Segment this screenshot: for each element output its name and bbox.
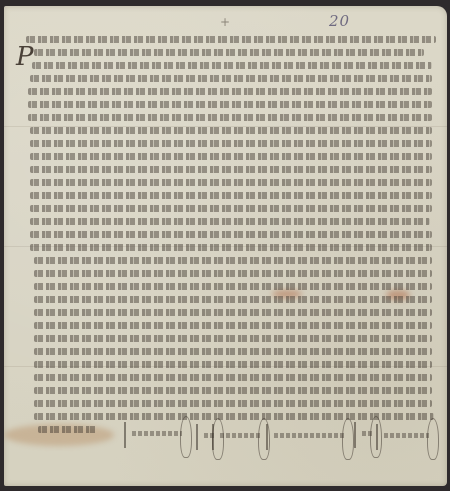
handwritten-line [34, 348, 432, 355]
handwritten-line [26, 36, 436, 43]
signature [354, 422, 376, 448]
handwritten-line [34, 270, 432, 277]
handwritten-line [30, 205, 432, 212]
handwritten-line [34, 309, 432, 316]
signature [124, 422, 186, 448]
handwritten-line [34, 387, 432, 394]
rubric-flourish [342, 418, 354, 460]
rubric-flourish [427, 418, 439, 460]
handwritten-line [34, 257, 432, 264]
handwritten-line [34, 322, 432, 329]
rubric-flourish [180, 416, 192, 458]
handwritten-line [34, 374, 432, 381]
handwritten-line [30, 127, 432, 134]
handwritten-line [30, 75, 432, 82]
folio-number: 20 [329, 12, 350, 30]
manuscript-page: + 20 P [4, 6, 447, 486]
handwritten-line [30, 231, 432, 238]
signature-stroke [274, 433, 344, 438]
handwritten-line [34, 283, 432, 290]
handwritten-line [34, 296, 432, 303]
signature-stroke [220, 433, 260, 438]
handwritten-line [38, 426, 98, 433]
handwritten-line [28, 101, 432, 108]
handwritten-line [34, 361, 432, 368]
manuscript-scan: + 20 P [0, 0, 450, 491]
signature-stroke [384, 433, 429, 438]
handwritten-line [28, 88, 432, 95]
handwritten-line [30, 140, 432, 147]
handwritten-line [34, 49, 424, 56]
initial-letter-flourish: P [16, 42, 34, 72]
handwritten-line [28, 114, 432, 121]
handwritten-line [30, 179, 432, 186]
handwritten-line [34, 335, 432, 342]
handwritten-line [34, 400, 432, 407]
signature [266, 424, 348, 450]
signature [212, 424, 264, 450]
handwritten-line [30, 153, 432, 160]
handwritten-line [30, 244, 432, 251]
signature-stroke [132, 431, 182, 436]
margin-mark: + [220, 15, 230, 29]
signature [376, 424, 433, 450]
handwritten-line [30, 166, 432, 173]
handwritten-line [32, 62, 432, 69]
handwritten-line [30, 192, 432, 199]
handwritten-line [30, 218, 430, 225]
